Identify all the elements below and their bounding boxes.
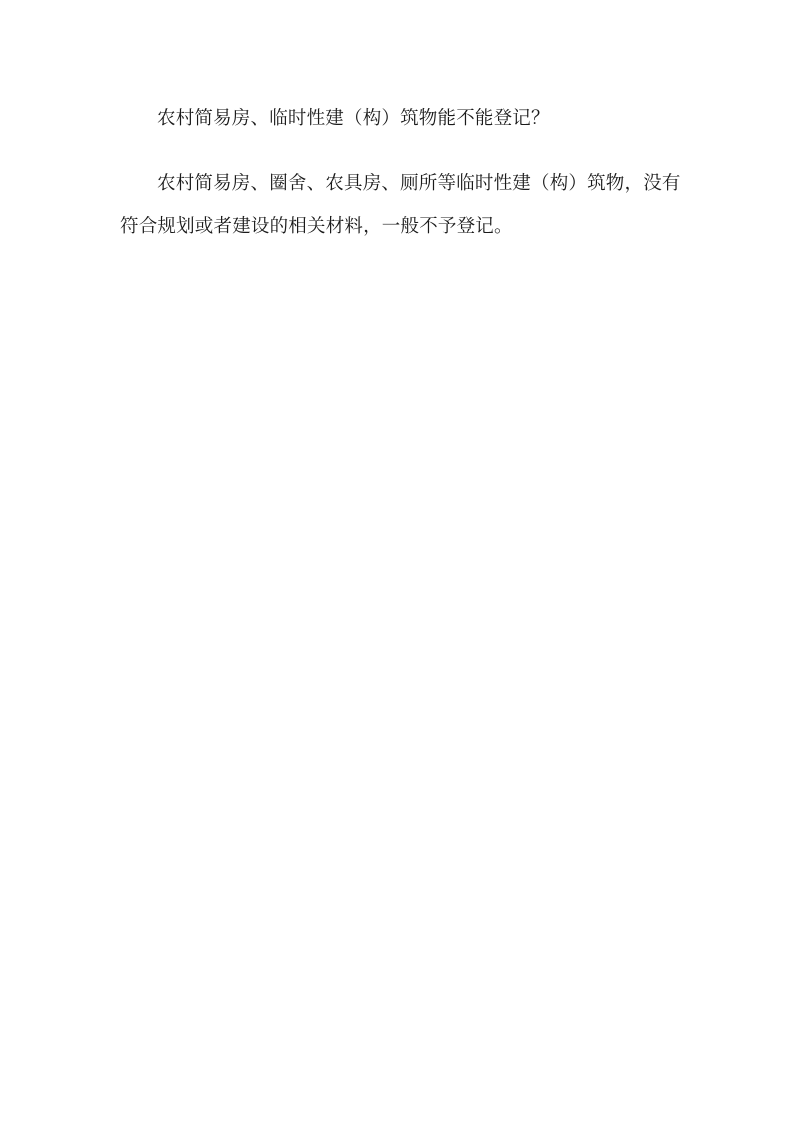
answer-paragraph: 农村简易房、圈舍、农具房、厕所等临时性建（构）筑物，没有符合规划或者建设的相关材…	[120, 162, 690, 248]
question-paragraph: 农村简易房、临时性建（构）筑物能不能登记？	[120, 97, 690, 140]
document-page: 农村简易房、临时性建（构）筑物能不能登记？ 农村简易房、圈舍、农具房、厕所等临时…	[0, 0, 793, 1122]
